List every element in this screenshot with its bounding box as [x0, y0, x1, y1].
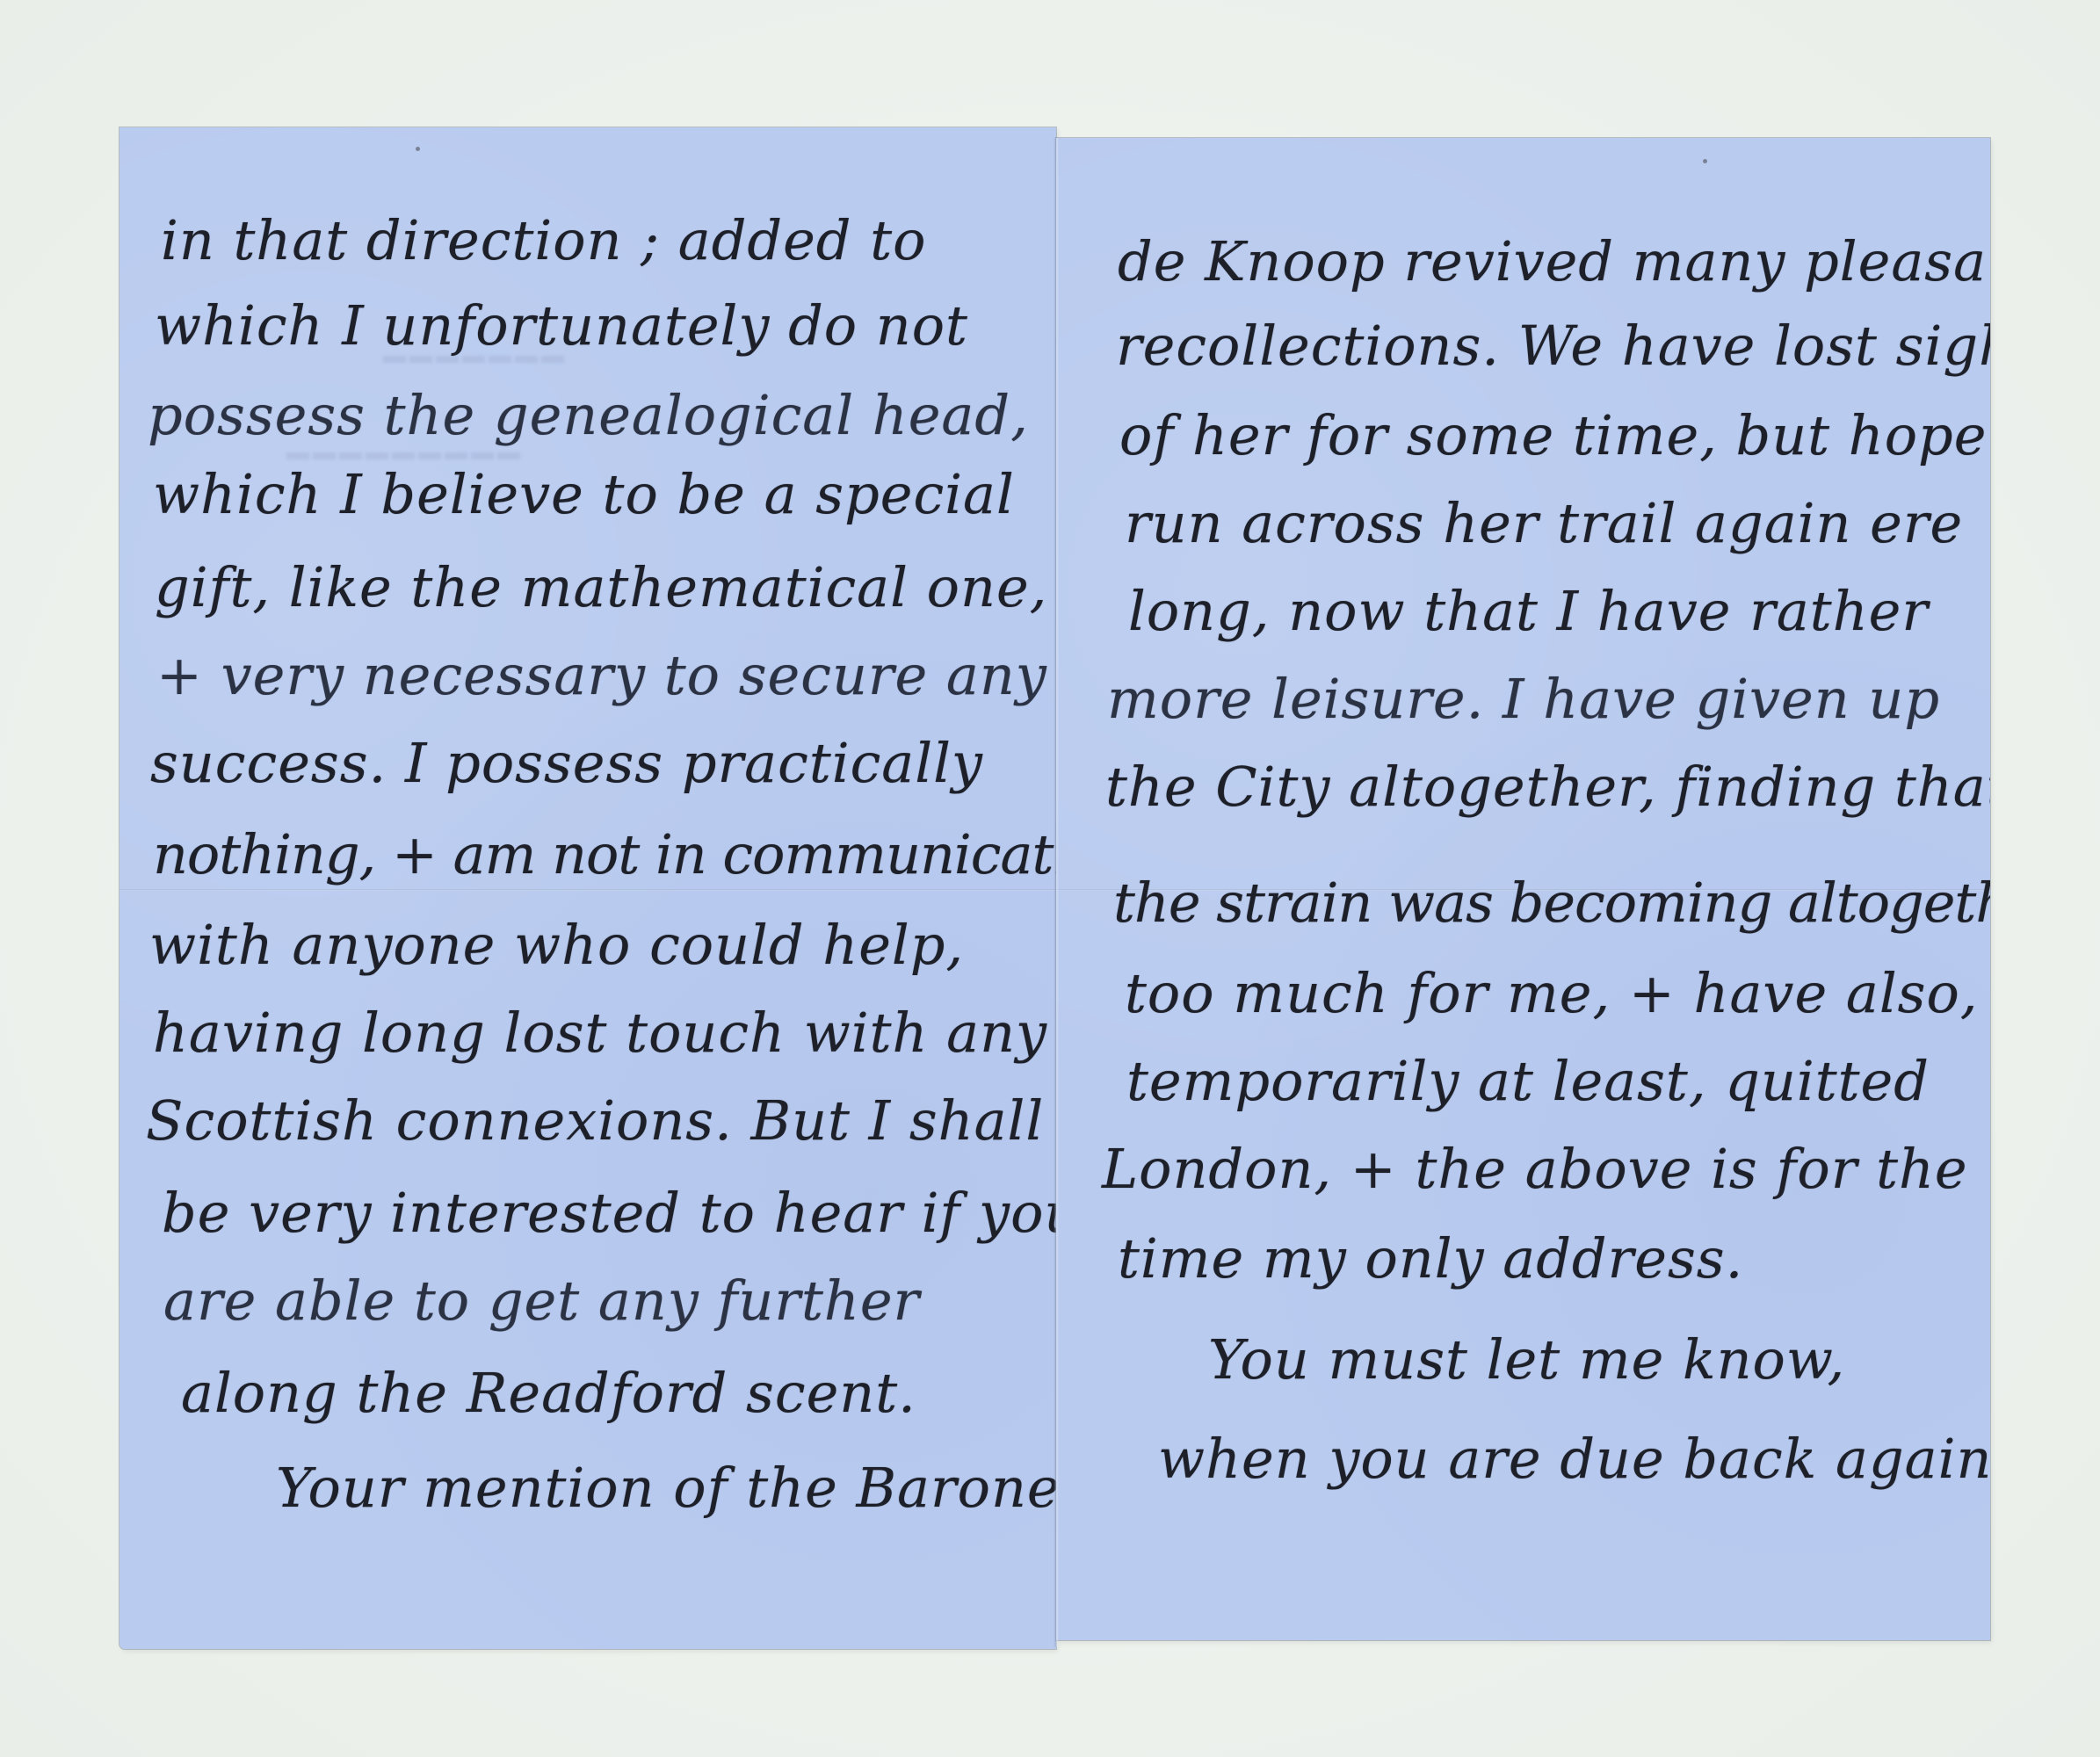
letter-line: London, + the above is for the	[1102, 1142, 1968, 1197]
letter-line: when you are due back again	[1158, 1432, 1990, 1486]
letter-page-left: ▬▬▬▬▬▬▬ ▬▬▬▬▬▬▬▬▬ in that direction ; ad…	[119, 127, 1056, 1649]
letter-line: You must let me know,	[1208, 1333, 1845, 1387]
letter-line: long, now that I have rather	[1128, 584, 1929, 639]
letter-line: the City altogether, finding that	[1105, 760, 1990, 814]
letter-line: of her for some time, but hope to	[1119, 409, 1990, 463]
center-fold	[1054, 138, 1059, 1647]
letter-line: success. I possess practically	[150, 736, 983, 791]
letter-page-right: de Knoop revived many pleasant recollect…	[1056, 138, 1990, 1640]
letter-line: Your mention of the Baroness	[276, 1461, 1056, 1515]
letter-line: which I unfortunately do not	[155, 299, 968, 353]
letter-line: which I believe to be a special	[153, 467, 1015, 522]
letter-line: gift, like the mathematical one,	[155, 560, 1047, 615]
letter-line: Scottish connexions. But I shall	[146, 1094, 1044, 1148]
letter-line: more leisure. I have given up	[1107, 672, 1940, 727]
paper-speck	[416, 147, 420, 151]
letter-line: time my only address.	[1118, 1232, 1743, 1286]
letter-line: along the Readford scent.	[181, 1366, 916, 1421]
letter-line: too much for me, + have also,	[1125, 966, 1979, 1021]
letter-line: temporarily at least, quitted	[1126, 1054, 1930, 1109]
letter-line: nothing, + am not in communication	[153, 828, 1056, 882]
letter-line: be very interested to hear if you	[162, 1186, 1056, 1240]
letter-line: with anyone who could help,	[149, 918, 964, 972]
letter-line: in that direction ; added to	[161, 213, 916, 268]
letter-line: recollections. We have lost sight	[1116, 319, 1990, 373]
letter-line: run across her trail again ere	[1125, 496, 1963, 551]
letter-line: + very necessary to secure any	[156, 648, 1047, 703]
letter-line: de Knoop revived many pleasant	[1118, 235, 1990, 289]
letter-line: are able to get any further	[163, 1274, 920, 1328]
letter-line: possess the genealogical head,	[148, 388, 1029, 443]
horizontal-fold-line	[119, 889, 1056, 891]
letter-line: the strain was becoming altogether	[1113, 876, 1990, 930]
paper-speck	[1703, 159, 1707, 163]
letter-line: having long lost touch with any	[153, 1006, 1047, 1060]
